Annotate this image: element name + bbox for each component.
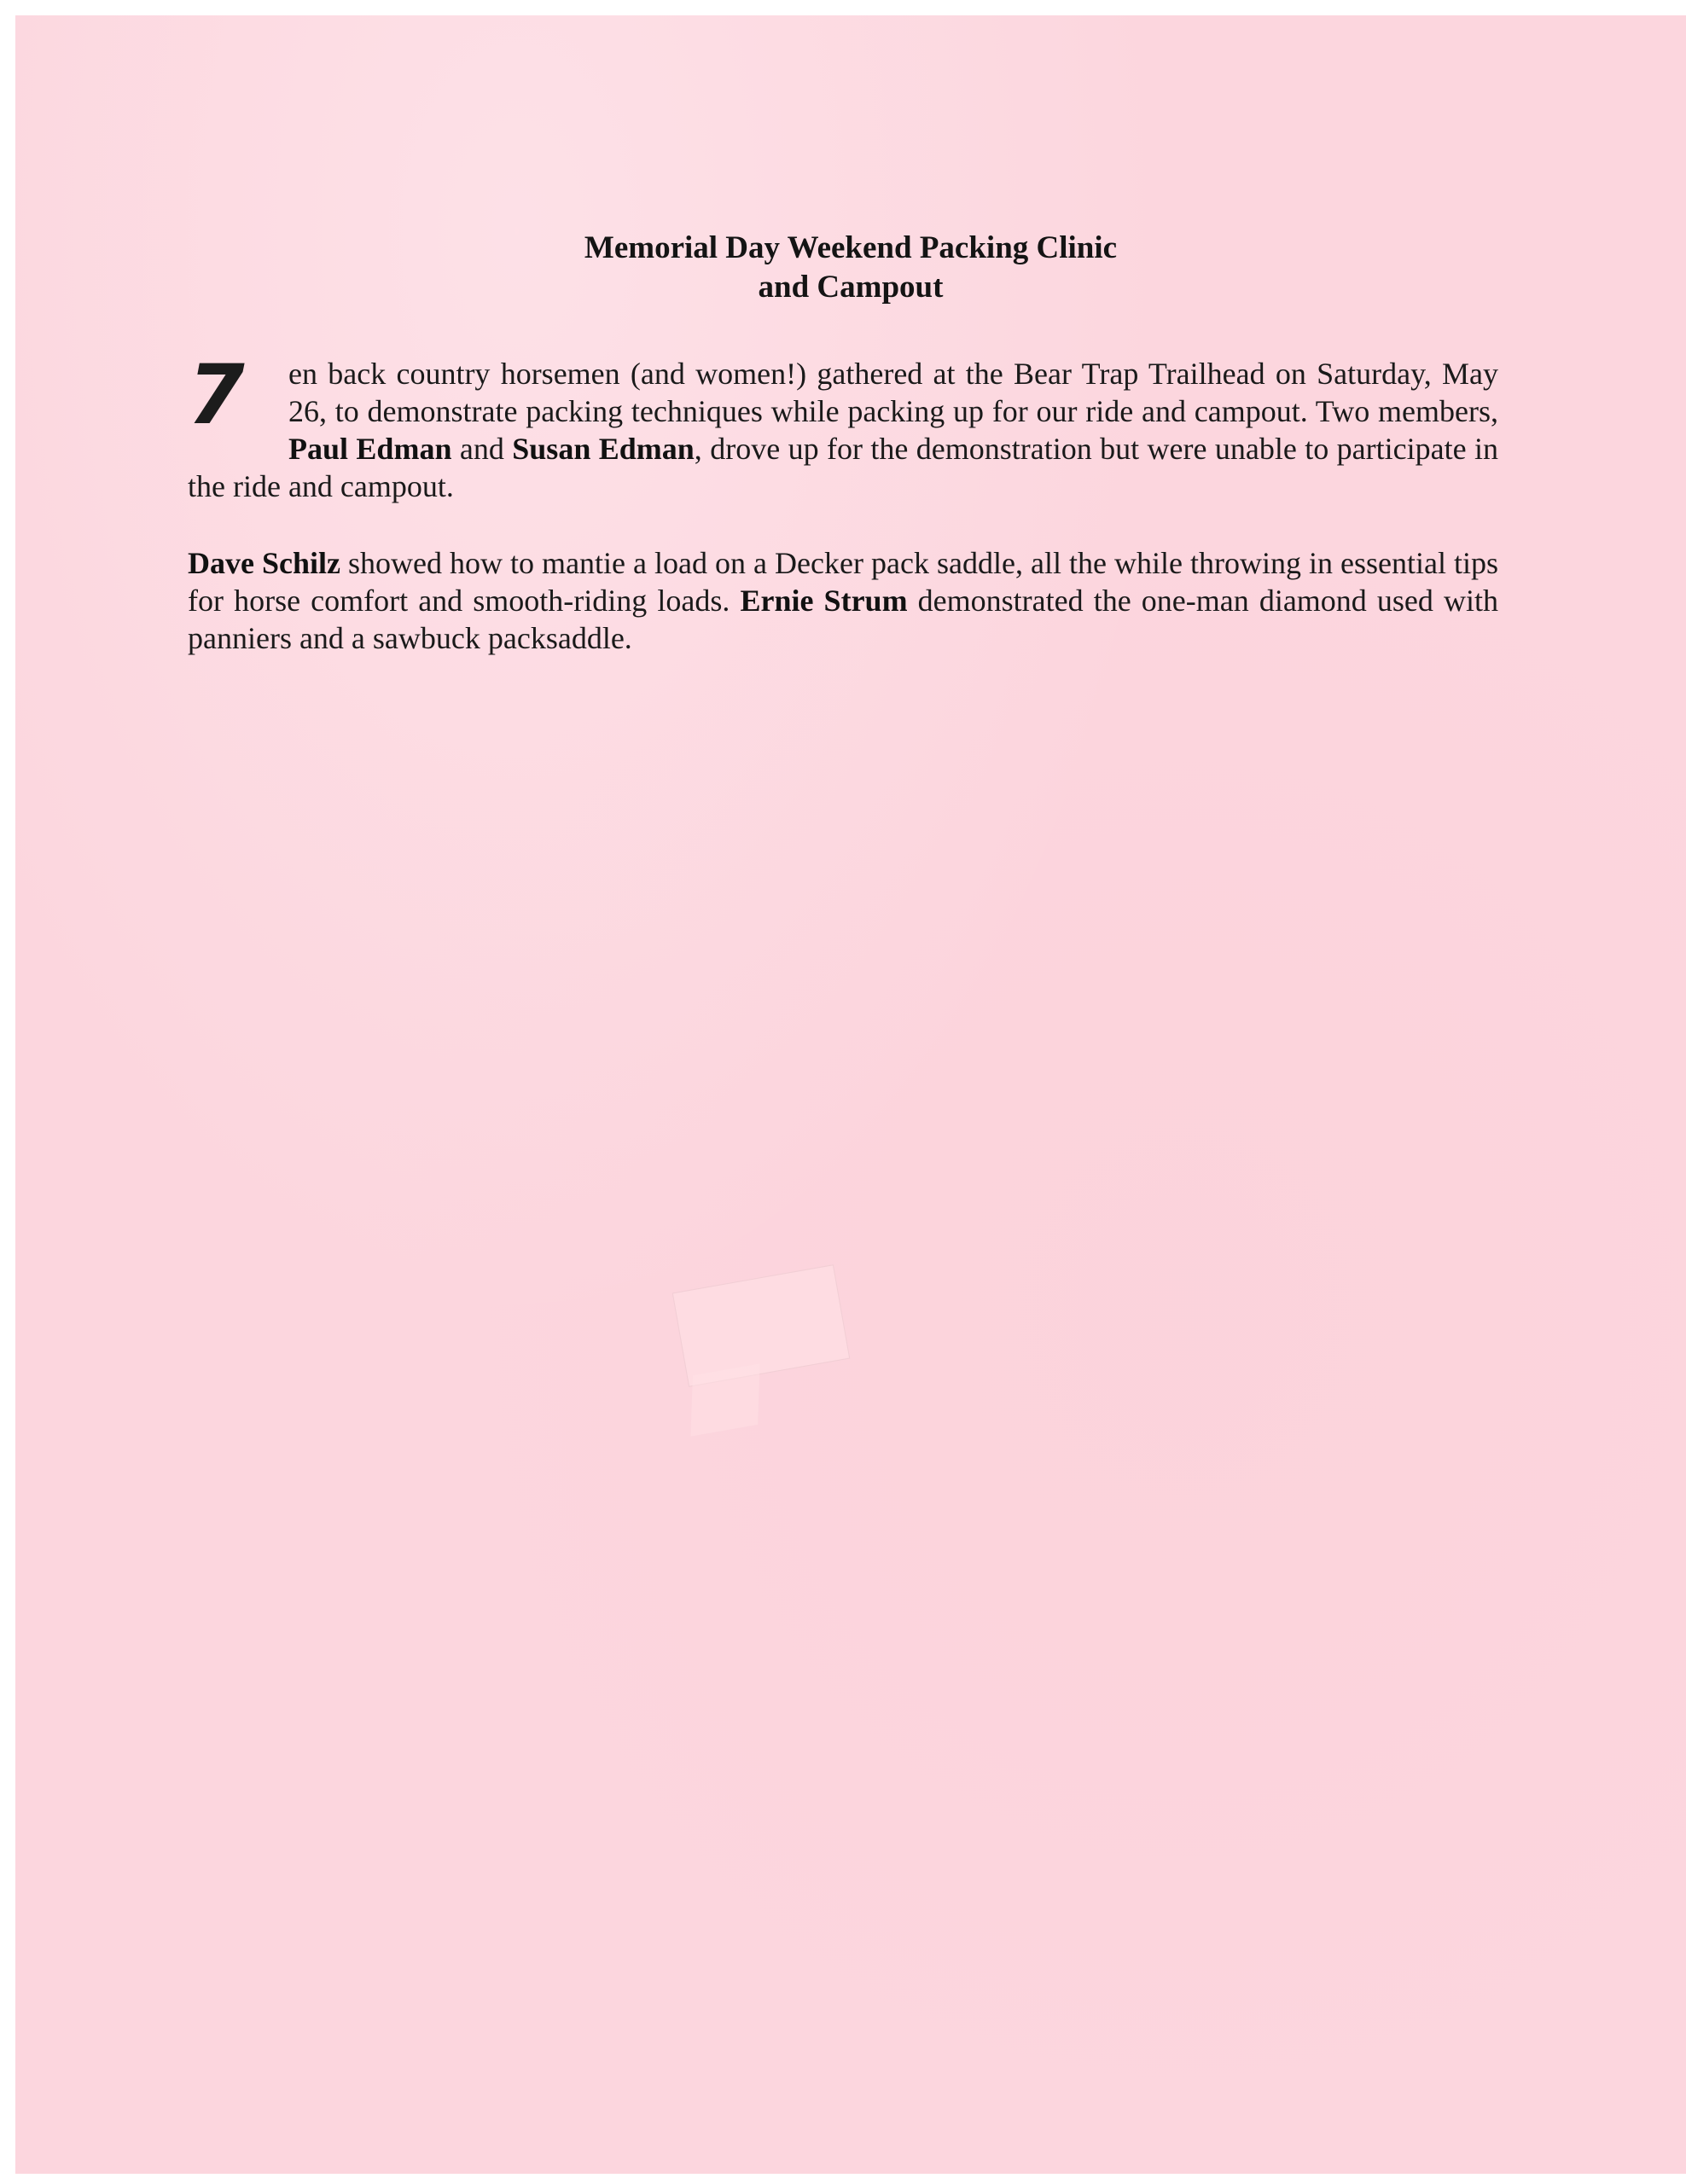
p1-seg-2: and <box>451 432 512 466</box>
p1-seg-0: en back country horsemen (and women!) ga… <box>288 357 1498 428</box>
document-page: Memorial Day Weekend Packing Clinic and … <box>15 15 1686 2174</box>
name-susan-edman: Susan Edman <box>512 432 695 466</box>
title-line-2: and Campout <box>15 268 1686 307</box>
name-dave-schilz: Dave Schilz <box>188 546 340 580</box>
name-paul-edman: Paul Edman <box>288 432 451 466</box>
name-ernie-strum: Ernie Strum <box>740 584 907 618</box>
paragraph-1: 7en back country horsemen (and women!) g… <box>188 355 1498 505</box>
tape-mark <box>672 1264 851 1387</box>
tape-mark-lower <box>690 1363 759 1436</box>
paragraph-2: Dave Schilz showed how to mantie a load … <box>188 544 1498 657</box>
document-title: Memorial Day Weekend Packing Clinic and … <box>15 229 1686 307</box>
drop-cap: 7 <box>188 362 288 435</box>
title-line-1: Memorial Day Weekend Packing Clinic <box>15 229 1686 268</box>
